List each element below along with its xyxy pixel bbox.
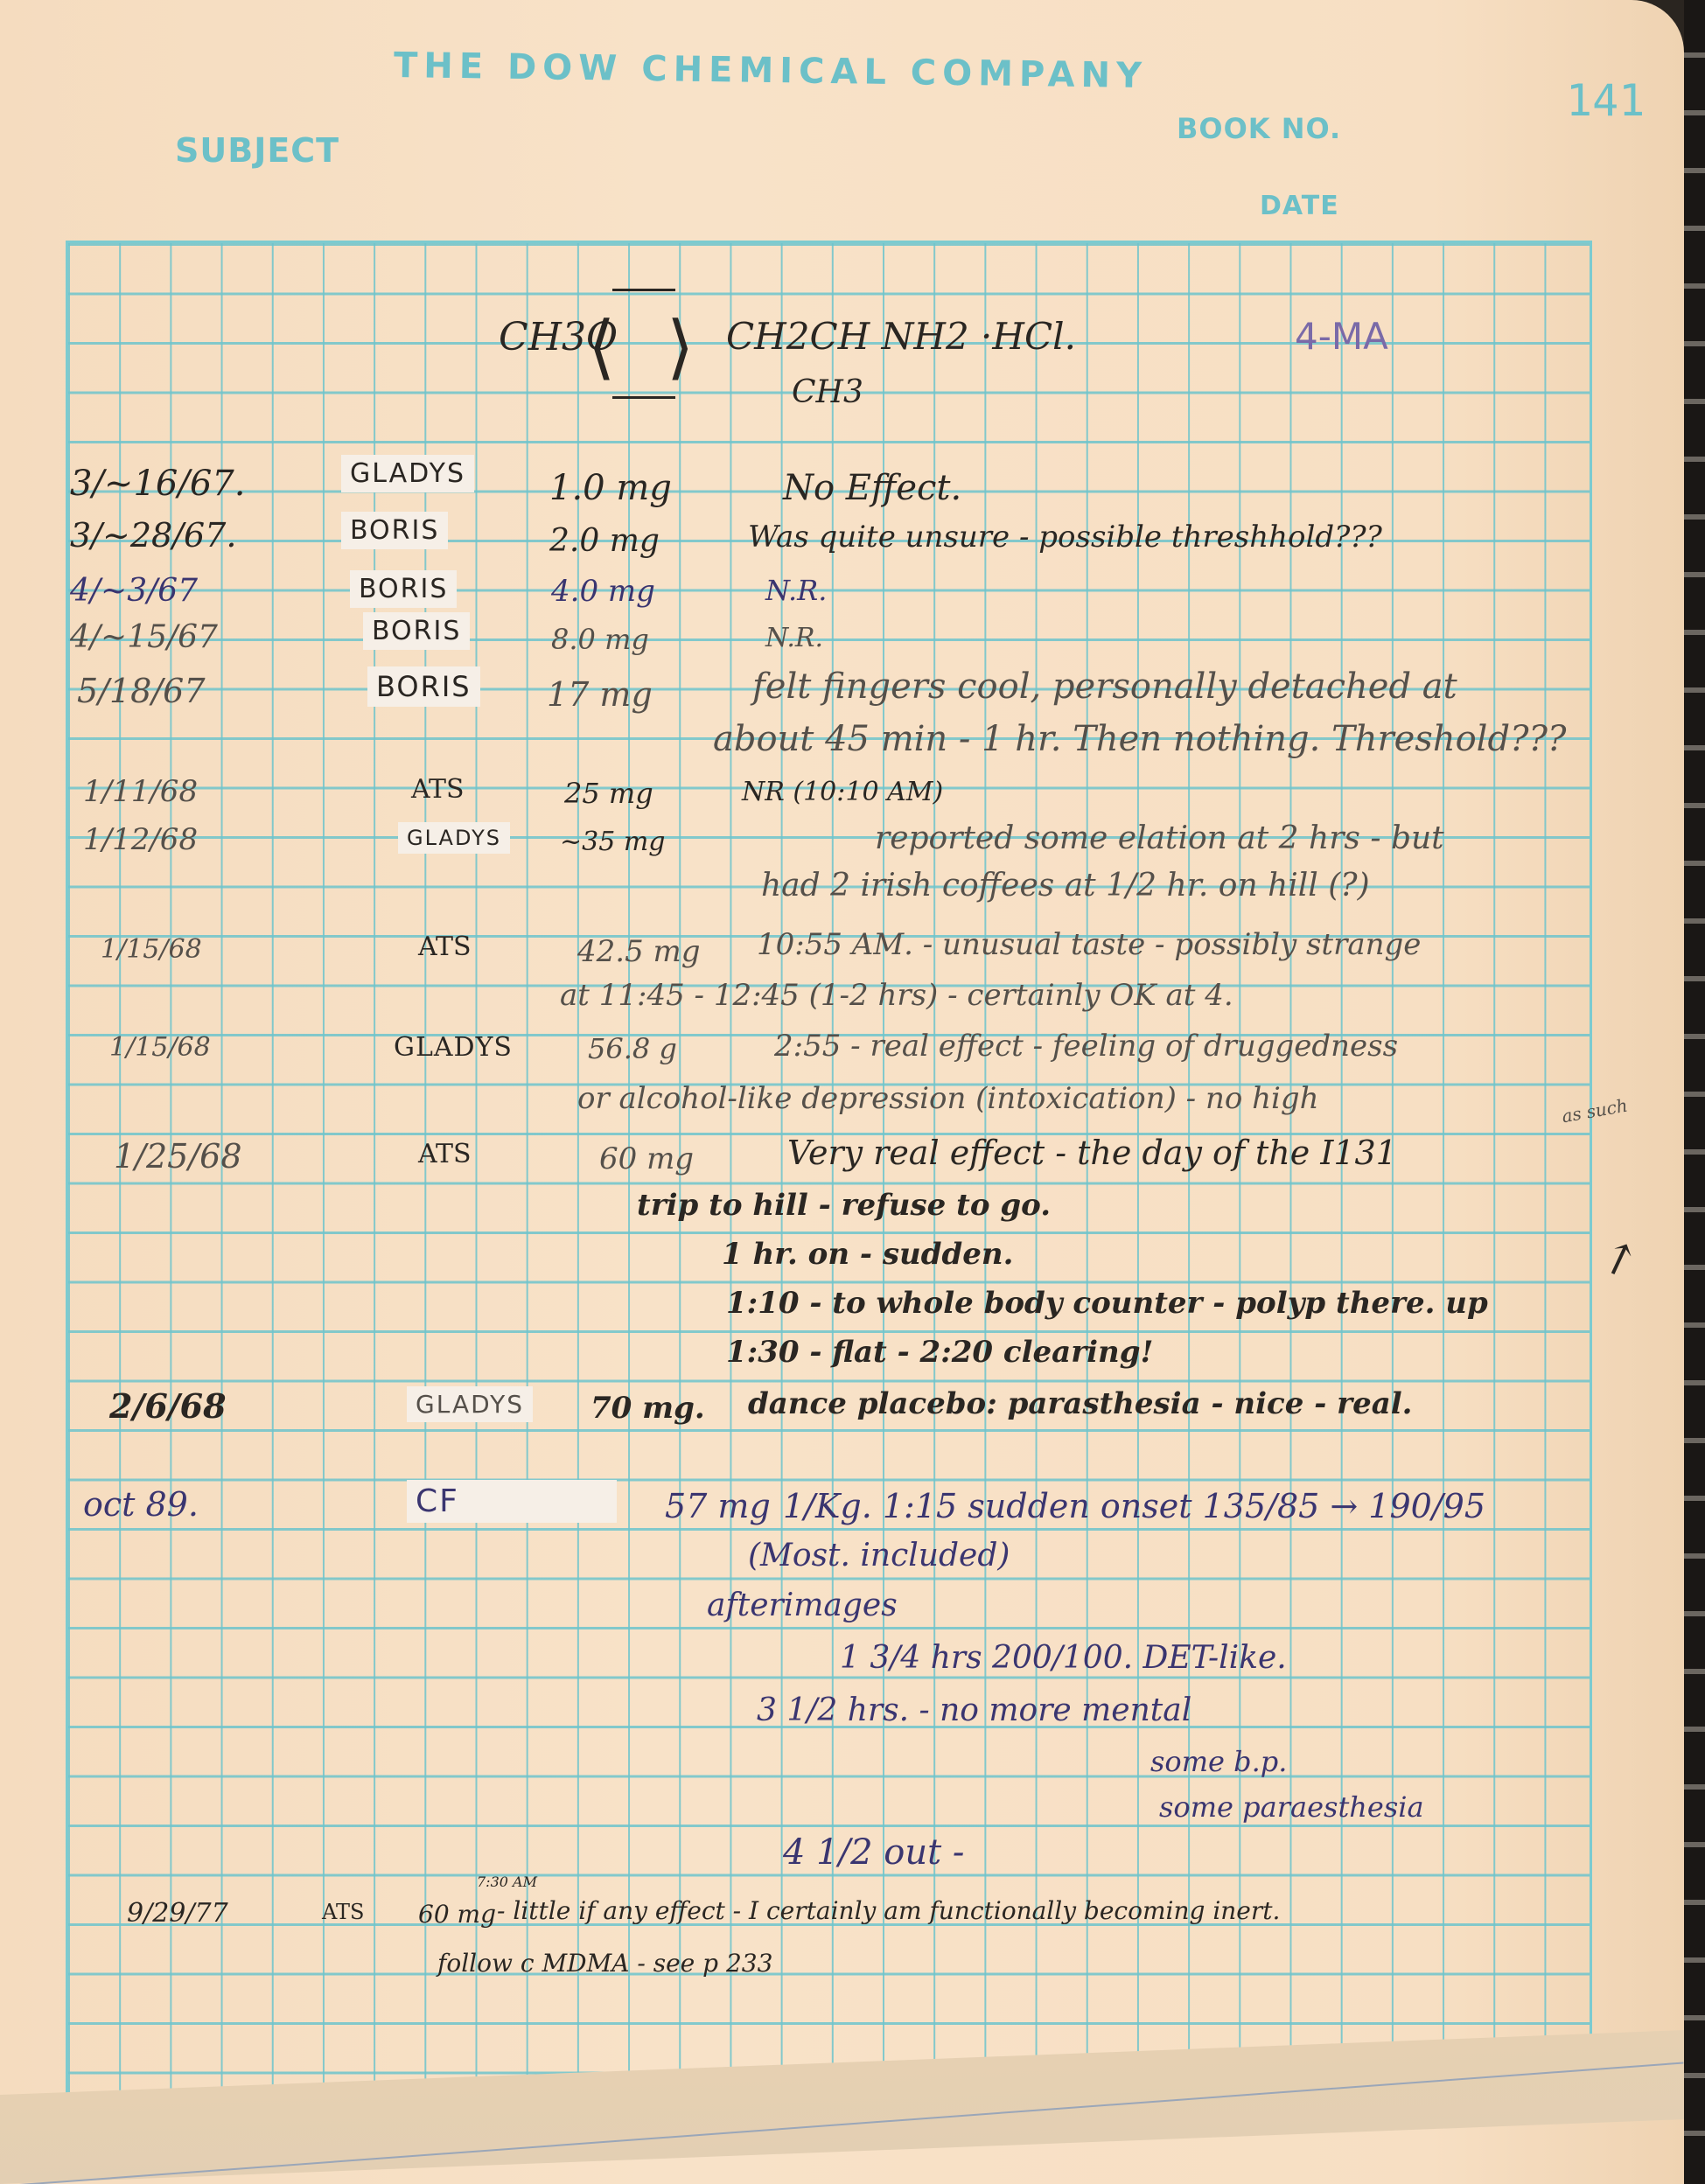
entry-note: afterimages xyxy=(707,1587,898,1623)
entry-date: 4/~15/67 xyxy=(70,619,218,655)
entry-note: Very real effect - the day of the I131 xyxy=(787,1134,1397,1172)
entry-subject: ATS xyxy=(322,1900,364,1924)
entry-dose: 56.8 g xyxy=(588,1032,677,1065)
entry-subject: BORIS xyxy=(341,512,448,549)
entry-note: - little if any effect - I certainly am … xyxy=(497,1896,1280,1925)
entry-note: about 45 min - 1 hr. Then nothing. Thres… xyxy=(713,719,1566,759)
entry-date: 1/15/68 xyxy=(101,934,202,965)
entry-subject: GLADYS xyxy=(394,1032,513,1063)
entry-note: 3 1/2 hrs. - no more mental xyxy=(757,1692,1191,1728)
entry-subject: CF xyxy=(407,1480,617,1523)
entry-date: 1/15/68 xyxy=(109,1032,211,1063)
book-no-label: BOOK NO. xyxy=(1177,112,1341,145)
entry-subject: BORIS xyxy=(363,612,470,650)
entry-note: N.R. xyxy=(765,574,827,607)
entry-dose: 8.0 mg xyxy=(551,623,649,656)
entry-note: 10:55 AM. - unusual taste - possibly str… xyxy=(757,927,1421,962)
page-number: 141 xyxy=(1566,75,1645,126)
entry-dose: 60 mg xyxy=(599,1141,694,1176)
subject-label: SUBJECT xyxy=(175,131,339,170)
entry-subject: ATS xyxy=(418,1139,472,1169)
ring-left-bracket-icon: ⟨ xyxy=(588,306,615,387)
entry-note: at 11:45 - 12:45 (1-2 hrs) - certainly O… xyxy=(560,978,1233,1013)
entry-dose: 2.0 mg xyxy=(549,523,660,559)
entry-note: 1/Kg. 1:15 sudden onset 135/85 → 190/95 xyxy=(783,1487,1485,1525)
entry-dose: 4.0 mg xyxy=(551,574,655,609)
entry-note: (Most. included) xyxy=(748,1538,1010,1573)
entry-note: some b.p. xyxy=(1150,1745,1287,1778)
entry-dose: 60 mg xyxy=(418,1900,496,1929)
entry-note: trip to hill - refuse to go. xyxy=(637,1188,1051,1223)
entry-dose: 25 mg xyxy=(564,777,653,810)
entry-date: 1/11/68 xyxy=(83,774,198,809)
entry-subject: BORIS xyxy=(350,570,457,608)
entry-note: 1:30 - flat - 2:20 clearing! xyxy=(726,1335,1153,1370)
entry-subject: ATS xyxy=(418,932,472,962)
formula-sub: CH3 xyxy=(792,374,863,410)
date-label: DATE xyxy=(1260,191,1339,221)
ring-right-bracket-icon: ⟩ xyxy=(667,306,694,387)
entry-date: 3/~28/67. xyxy=(70,516,236,555)
notebook-binding xyxy=(1684,0,1705,2184)
entry-dose: 1.0 mg xyxy=(549,468,672,508)
entry-dose: 17 mg xyxy=(547,675,653,714)
entry-dose: 70 mg. xyxy=(590,1391,705,1426)
entry-note: N.R. xyxy=(765,623,823,653)
entry-note: Was quite unsure - possible threshhold??… xyxy=(748,520,1382,555)
entry-note: 1 hr. on - sudden. xyxy=(722,1237,1013,1272)
notebook-page: THE DOW CHEMICAL COMPANY SUBJECT BOOK NO… xyxy=(0,0,1684,2184)
entry-note: NR (10:10 AM) xyxy=(742,777,943,807)
entry-note: some paraesthesia xyxy=(1159,1790,1424,1824)
formula-right: CH2CH NH2 ·HCl. xyxy=(726,315,1076,358)
entry-note: 1 3/4 hrs 200/100. DET-like. xyxy=(840,1640,1287,1676)
entry-date: 1/12/68 xyxy=(83,822,198,857)
entry-note: No Effect. xyxy=(783,468,961,508)
entry-note: reported some elation at 2 hrs - but xyxy=(875,820,1444,856)
entry-subject: GLADYS xyxy=(341,455,474,492)
squiggle-arrow-icon: ↗ xyxy=(1593,1229,1645,1289)
entry-note: dance placebo: parasthesia - nice - real… xyxy=(748,1386,1413,1421)
entry-date: oct 89. xyxy=(83,1485,199,1524)
entry-time-note: 7:30 AM xyxy=(477,1873,537,1890)
entry-note: 4 1/2 out - xyxy=(783,1832,964,1873)
entry-dose: 57 mg xyxy=(665,1487,771,1525)
compound-code: 4-MA xyxy=(1295,315,1388,358)
entry-note: follow c MDMA - see p 233 xyxy=(437,1949,772,1978)
entry-date: 1/25/68 xyxy=(114,1137,242,1176)
entry-subject: BORIS xyxy=(367,666,480,707)
entry-date: 9/29/77 xyxy=(127,1898,228,1929)
entry-date: 2/6/68 xyxy=(109,1386,227,1426)
entry-note: 2:55 - real effect - feeling of druggedn… xyxy=(774,1029,1398,1064)
company-header: THE DOW CHEMICAL COMPANY xyxy=(394,45,1149,96)
entry-date: 3/~16/67. xyxy=(70,464,245,504)
entry-note: had 2 irish coffees at 1/2 hr. on hill (… xyxy=(761,868,1370,904)
entry-subject: GLADYS xyxy=(407,1386,533,1422)
entry-note: or alcohol-like depression (intoxication… xyxy=(577,1081,1319,1116)
entry-note: 1:10 - to whole body counter - polyp the… xyxy=(726,1286,1488,1321)
entry-date: 4/~3/67 xyxy=(70,573,198,609)
entry-dose: ~35 mg xyxy=(560,827,666,857)
entry-dose: 42.5 mg xyxy=(577,934,701,969)
entry-subject: ATS xyxy=(411,774,465,805)
entry-date: 5/18/67 xyxy=(77,672,206,710)
entry-subject: GLADYS xyxy=(398,822,510,854)
entry-note: felt fingers cool, personally detached a… xyxy=(752,666,1457,707)
